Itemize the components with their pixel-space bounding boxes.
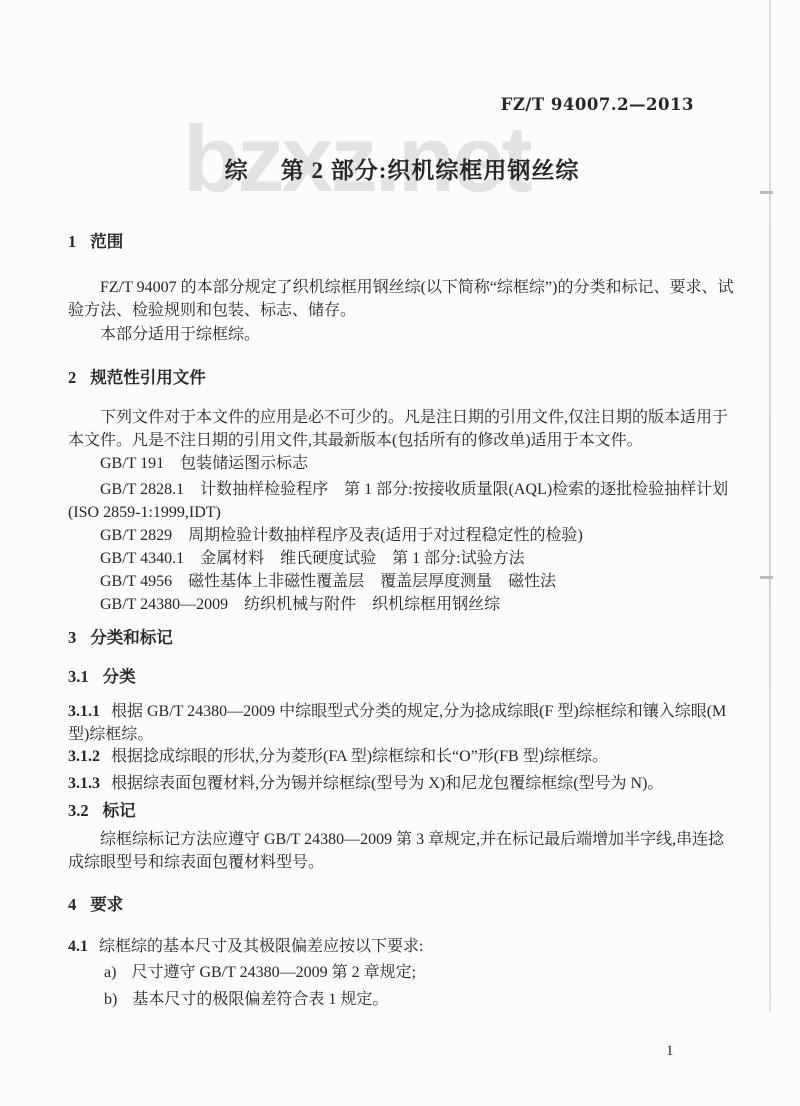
title-text: 第 2 部分:织机综框用钢丝综 [281, 158, 580, 183]
clause-text: 综框综的基本尺寸及其极限偏差应按以下要求: [99, 938, 423, 955]
title-part-label: 综 [225, 158, 249, 183]
document-page: bzxz.net FZ/T 94007.2—2013 综第 2 部分:织机综框用… [0, 0, 800, 1106]
section-title: 规范性引用文件 [90, 368, 206, 387]
section-heading-scope: 1范围 [68, 230, 736, 253]
reference-item: GB/T 4956 磁性基体上非磁性覆盖层 覆盖层厚度测量 磁性法 [68, 570, 736, 593]
list-item-a: a)尺寸遵守 GB/T 24380—2009 第 2 章规定; [68, 961, 736, 984]
section-title: 范围 [90, 232, 123, 251]
clause-number: 4.1 [68, 938, 88, 955]
clause-3-1-1: 3.1.1根据 GB/T 24380—2009 中综眼型式分类的规定,分为捻成综… [68, 700, 736, 746]
clause-text: 根据综表面包覆材料,分为锡并综框综(型号为 X)和尼龙包覆综框综(型号为 N)。 [111, 775, 663, 792]
subsection-number: 3.2 [68, 801, 89, 820]
subsection-heading-classification-types: 3.1分类 [68, 665, 736, 688]
scan-tick-artifact [760, 576, 773, 579]
list-item-b: b)基本尺寸的极限偏差符合表 1 规定。 [68, 988, 736, 1011]
page-title: 综第 2 部分:织机综框用钢丝综 [68, 155, 736, 187]
section-heading-requirements: 4要求 [68, 893, 736, 916]
section-title: 分类和标记 [90, 628, 173, 647]
section-title: 要求 [90, 895, 123, 914]
marking-paragraph: 综框综标记方法应遵守 GB/T 24380—2009 第 3 章规定,并在标记最… [68, 828, 736, 874]
subsection-heading-marking: 3.2标记 [68, 799, 736, 822]
section-number: 3 [68, 628, 76, 647]
list-item-text: 尺寸遵守 GB/T 24380—2009 第 2 章规定; [131, 964, 416, 981]
subsection-title: 标记 [103, 801, 136, 820]
reference-item: GB/T 191 包装储运图示标志 [68, 452, 736, 475]
section-heading-classification: 3分类和标记 [68, 626, 736, 649]
scan-tick-artifact [760, 191, 773, 194]
section-number: 2 [68, 368, 76, 387]
reference-item: GB/T 24380—2009 纺织机械与附件 织机综框用钢丝综 [68, 593, 736, 616]
list-item-label: b) [104, 991, 117, 1008]
reference-item: GB/T 4340.1 金属材料 维氏硬度试验 第 1 部分:试验方法 [68, 547, 736, 570]
clause-3-1-2: 3.1.2根据捻成综眼的形状,分为菱形(FA 型)综框综和长“O”形(FB 型)… [68, 745, 736, 768]
reference-item: GB/T 2829 周期检验计数抽样程序及表(适用于对过程稳定性的检验) [68, 524, 736, 547]
clause-4-1: 4.1综框综的基本尺寸及其极限偏差应按以下要求: [68, 935, 736, 958]
section-number: 4 [68, 895, 76, 914]
clause-3-1-3: 3.1.3根据综表面包覆材料,分为锡并综框综(型号为 X)和尼龙包覆综框综(型号… [68, 772, 736, 795]
references-intro: 下列文件对于本文件的应用是必不可少的。凡是注日期的引用文件,仅注日期的版本适用于… [68, 406, 736, 452]
subsection-title: 分类 [103, 667, 136, 686]
scope-paragraph-2: 本部分适用于综框综。 [68, 323, 736, 346]
section-heading-references: 2规范性引用文件 [68, 366, 736, 389]
scan-line-artifact [769, 0, 771, 1012]
reference-item: GB/T 2828.1 计数抽样检验程序 第 1 部分:按接收质量限(AQL)检… [68, 478, 736, 524]
clause-text: 根据捻成综眼的形状,分为菱形(FA 型)综框综和长“O”形(FB 型)综框综。 [111, 748, 608, 765]
standard-code: FZ/T 94007.2—2013 [501, 93, 694, 116]
list-item-text: 基本尺寸的极限偏差符合表 1 规定。 [132, 991, 388, 1008]
page-number: 1 [666, 1040, 674, 1063]
clause-number: 3.1.1 [68, 703, 100, 720]
clause-text: 根据 GB/T 24380—2009 中综眼型式分类的规定,分为捻成综眼(F 型… [68, 703, 726, 743]
list-item-label: a) [104, 964, 116, 981]
clause-number: 3.1.3 [68, 775, 100, 792]
subsection-number: 3.1 [68, 667, 89, 686]
clause-number: 3.1.2 [68, 748, 100, 765]
scope-paragraph-1: FZ/T 94007 的本部分规定了织机综框用钢丝综(以下简称“综框综”)的分类… [68, 276, 736, 322]
section-number: 1 [68, 232, 76, 251]
